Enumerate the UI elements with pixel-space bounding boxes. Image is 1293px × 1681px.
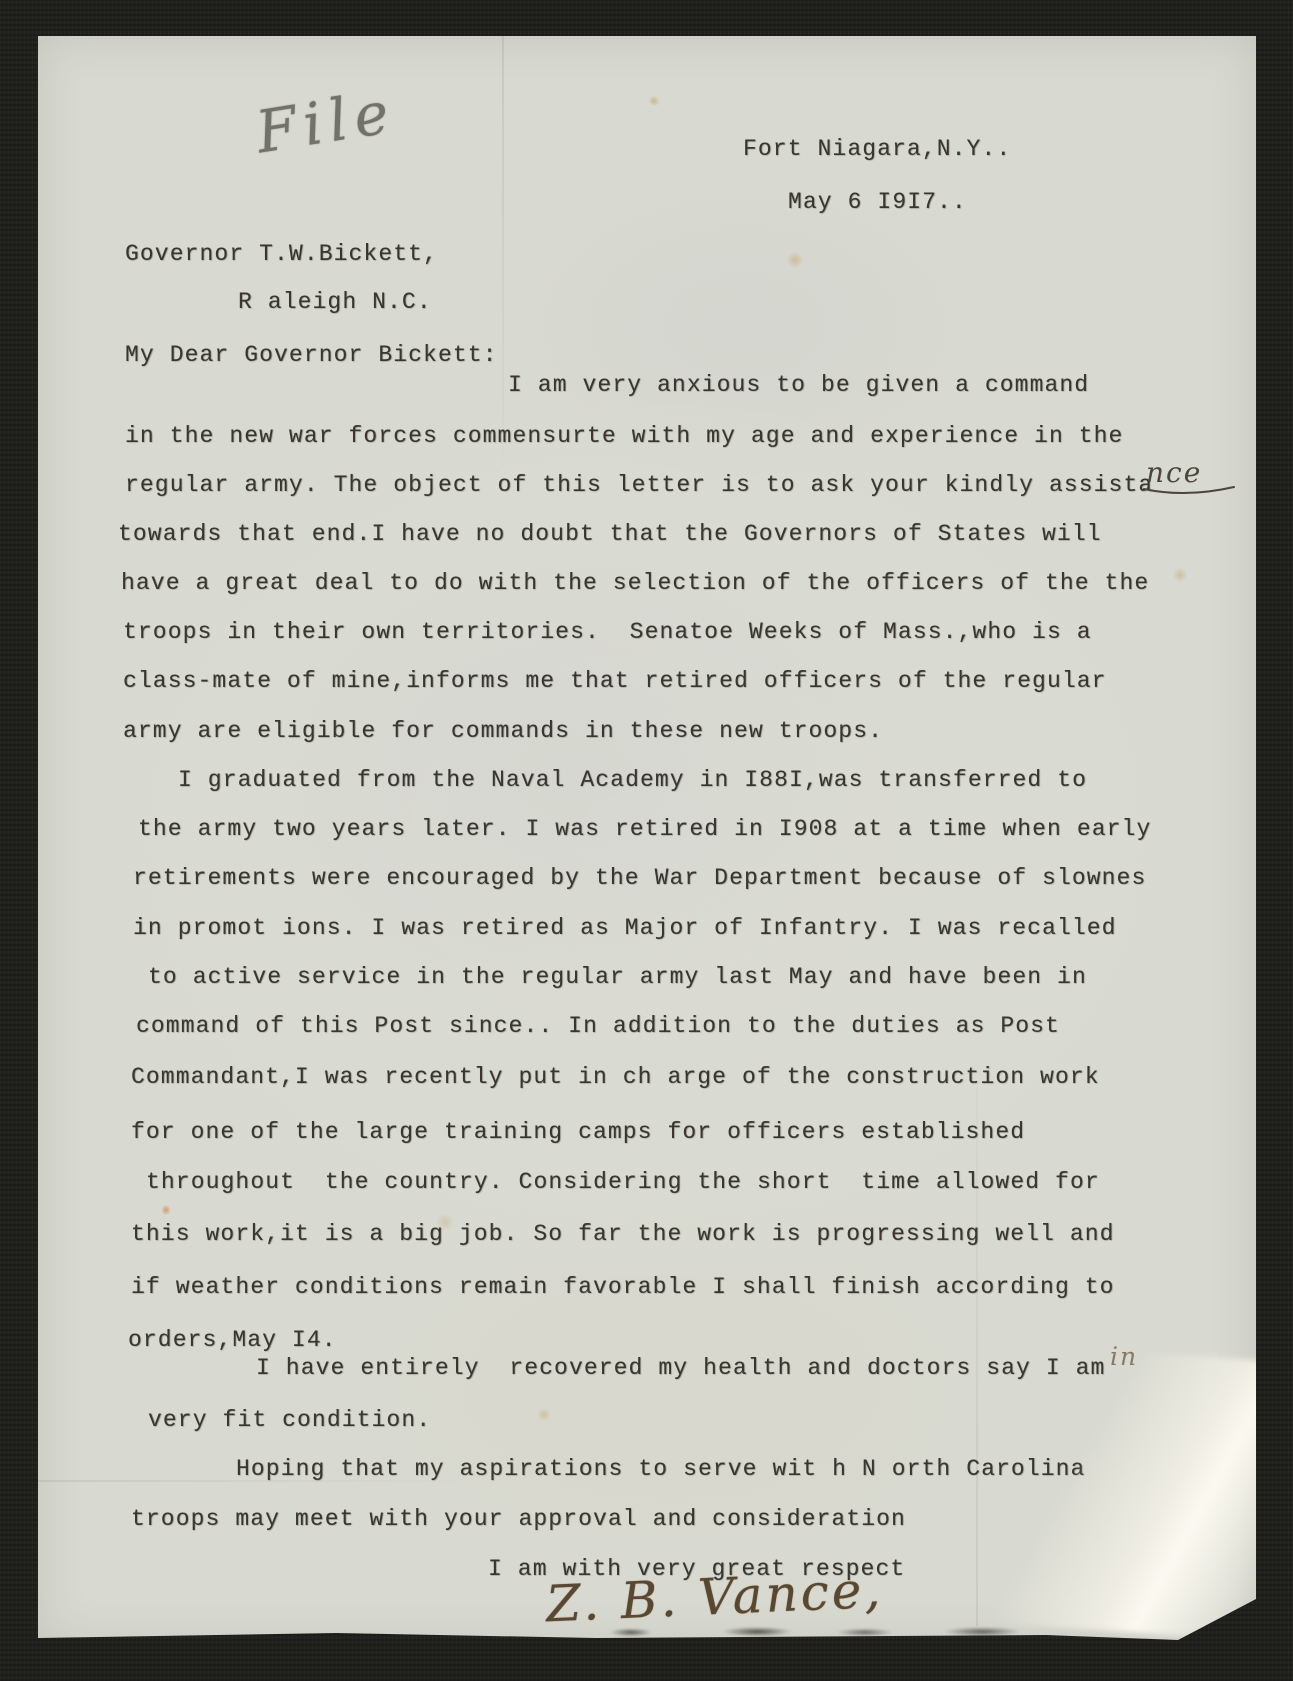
body-line: very fit condition. [148, 1407, 431, 1433]
file-note-handwriting: File [252, 77, 401, 166]
body-line: Hoping that my aspirations to serve wit … [236, 1456, 1085, 1482]
body-line: troops in their own territories. Senatoe… [123, 619, 1092, 645]
body-line: in the new war forces commensurte with m… [125, 423, 1123, 449]
heading-place: Fort Niagara,N.Y.. [743, 136, 1011, 162]
handwritten-correction-nce: nce [1146, 456, 1202, 489]
body-line: I have entirely recovered my health and … [256, 1355, 1105, 1381]
foxing-stain [648, 96, 660, 106]
body-line: Commandant,I was recently put in ch arge… [131, 1064, 1100, 1090]
foxing-stain [786, 252, 804, 268]
handwritten-correction-in: in [1110, 1342, 1138, 1371]
scanned-letter-page: { "scene": { "background_color": "#21211… [0, 0, 1293, 1681]
body-line: retirements were encouraged by the War D… [133, 865, 1146, 891]
body-line: troops may meet with your approval and c… [131, 1506, 906, 1532]
fold-highlight [929, 1339, 1293, 1653]
foxing-stain [162, 1204, 170, 1216]
body-line: to active service in the regular army la… [148, 964, 1087, 990]
body-line: towards that end.I have no doubt that th… [118, 521, 1102, 547]
recipient-name: Governor T.W.Bickett, [125, 241, 438, 267]
body-line: for one of the large training camps for … [131, 1119, 1025, 1145]
foxing-stain [536, 1408, 552, 1421]
body-line: have a great deal to do with the selecti… [121, 570, 1149, 596]
body-line: this work,it is a big job. So far the wo… [131, 1221, 1115, 1247]
salutation: My Dear Governor Bickett: [125, 342, 498, 368]
body-line: throughout the country. Considering the … [146, 1169, 1100, 1195]
body-line: orders,May I4. [128, 1327, 337, 1353]
body-line: army are eligible for commands in these … [123, 718, 883, 744]
body-line: I graduated from the Naval Academy in I8… [178, 767, 1087, 793]
heading-date: May 6 I9I7.. [788, 189, 967, 215]
correction-underline-swash [1142, 484, 1238, 498]
foxing-stain [1172, 568, 1188, 582]
body-line: regular army. The object of this letter … [125, 472, 1153, 498]
cutoff-text-smudge [586, 1624, 1036, 1638]
body-line: class-mate of mine,informs me that retir… [123, 668, 1107, 694]
recipient-city: R aleigh N.C. [238, 289, 432, 315]
body-line: if weather conditions remain favorable I… [131, 1274, 1115, 1300]
body-line: I am very anxious to be given a command [508, 372, 1089, 398]
body-line: command of this Post since.. In addition… [136, 1013, 1060, 1039]
body-line: the army two years later. I was retired … [138, 816, 1151, 842]
vertical-crease [502, 36, 504, 466]
letter-paper: File Fort Niagara,N.Y..May 6 I9I7..Gover… [38, 36, 1256, 1645]
body-line: in promot ions. I was retired as Major o… [133, 915, 1117, 941]
